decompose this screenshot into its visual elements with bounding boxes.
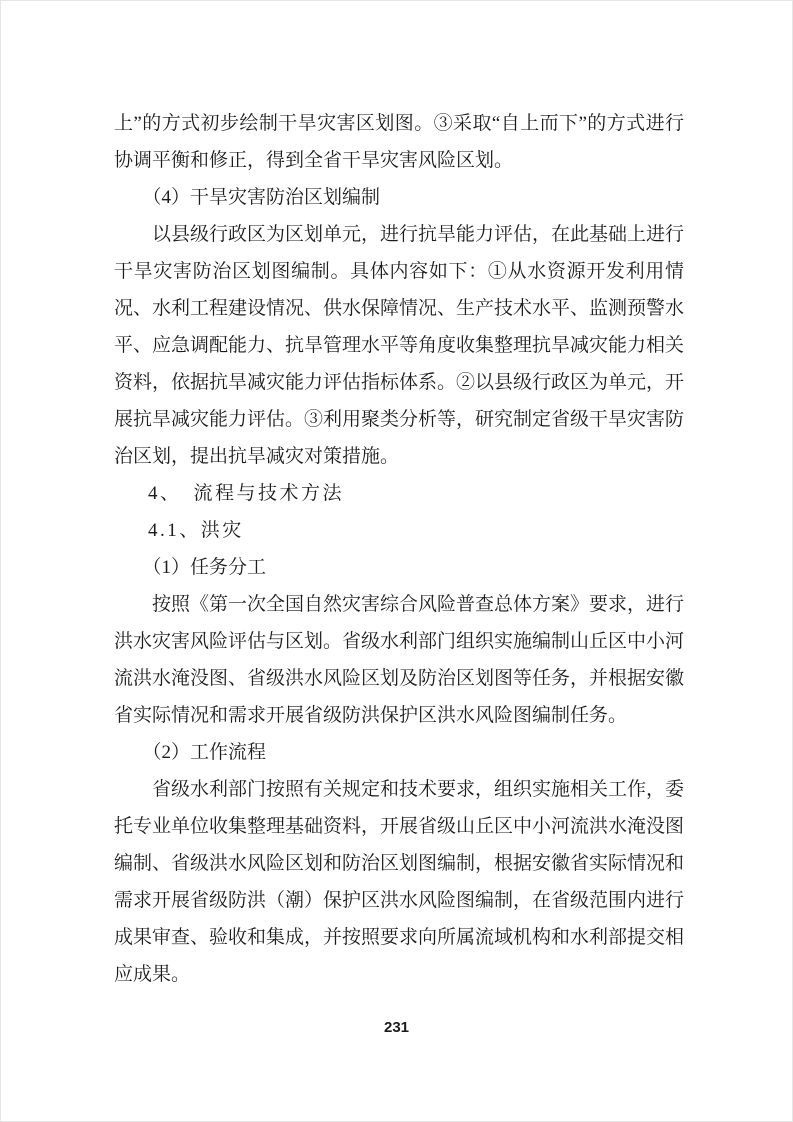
page-number: 231	[1, 1019, 792, 1036]
section-heading-4-process-and-methods: 4、 流程与技术方法	[114, 475, 684, 512]
subsection-heading-4-1-flood: 4.1、洪灾	[114, 512, 684, 549]
paragraph-continued-from-previous-page: 上”的方式初步绘制干旱灾害区划图。③采取“自上而下”的方式进行协调平衡和修正，得…	[114, 105, 684, 179]
item-heading-1-task-division: （1）任务分工	[114, 549, 684, 586]
paragraph-drought-capability-assessment: 以县级行政区为区划单元，进行抗旱能力评估，在此基础上进行干旱灾害防治区划图编制。…	[114, 216, 684, 475]
page-content: 上”的方式初步绘制干旱灾害区划图。③采取“自上而下”的方式进行协调平衡和修正，得…	[114, 105, 684, 993]
item-heading-4-drought-prevention-zoning: （4）干旱灾害防治区划编制	[114, 179, 684, 216]
paragraph-work-process: 省级水利部门按照有关规定和技术要求，组织实施相关工作，委托专业单位收集整理基础资…	[114, 771, 684, 993]
item-heading-2-work-process: （2）工作流程	[114, 734, 684, 771]
paragraph-task-division: 按照《第一次全国自然灾害综合风险普查总体方案》要求，进行洪水灾害风险评估与区划。…	[114, 586, 684, 734]
document-page: 上”的方式初步绘制干旱灾害区划图。③采取“自上而下”的方式进行协调平衡和修正，得…	[0, 0, 793, 1122]
